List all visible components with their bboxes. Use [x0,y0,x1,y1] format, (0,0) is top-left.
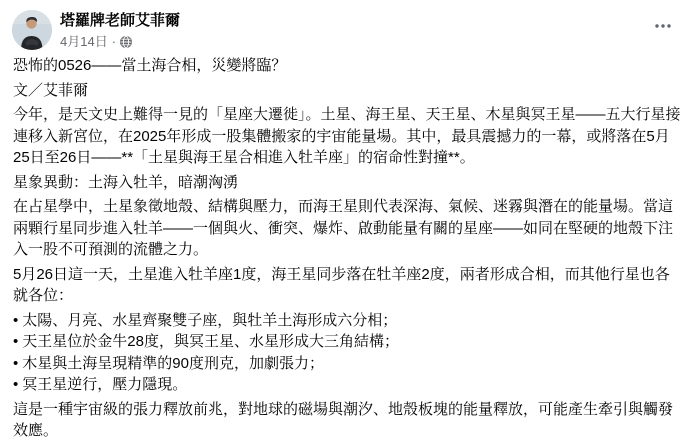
bullet-text: 木星與土海呈現精準的90度刑克，加劇張力； [22,355,324,372]
intro-paragraph: 今年，是天文史上難得一見的「星座大遷徙」。土星、海王星、天王星、木星與冥王星——… [13,104,682,169]
profile-name-link[interactable]: 塔羅牌老師艾菲爾 [60,11,180,31]
section-header: 星象異動：土海入牡羊，暗潮洶湧 [13,172,682,194]
post-timestamp[interactable]: 4月14日 [60,34,108,50]
list-item: •太陽、月亮、水星齊聚雙子座，與牡羊土海形成六分相； [13,310,682,332]
ellipsis-icon [654,23,672,29]
bullet-icon: • [13,333,18,350]
bullet-icon: • [13,376,18,393]
profile-avatar[interactable] [12,10,52,50]
meta-separator: · [112,34,116,50]
list-item: •木星與土海呈現精準的90度刑克，加劇張力； [13,353,682,375]
more-options-button[interactable] [649,16,677,36]
post-title: 恐怖的0526——當土海合相，災變將臨？ [13,55,682,77]
globe-icon [120,36,132,48]
alignment-paragraph: 5月26日這一天，土星進入牡羊座1度，海王星同步落在牡羊座2度，兩者形成合相，而… [13,264,682,307]
facebook-post: 塔羅牌老師艾菲爾 4月14日 · [0,0,695,445]
bullet-icon: • [13,312,18,329]
list-item: •冥王星逆行，壓力隱現。 [13,374,682,396]
avatar-person-photo [12,10,52,50]
post-body-text: 恐怖的0526——當土海合相，災變將臨？ 文／艾菲爾 今年，是天文史上難得一見的… [0,52,695,442]
list-item: •天王星位於金牛28度，與冥王星、水星形成大三角結構； [13,331,682,353]
header-info: 塔羅牌老師艾菲爾 4月14日 · [60,10,180,50]
post-meta: 4月14日 · [60,34,180,50]
post-byline: 文／艾菲爾 [13,80,682,102]
bullet-icon: • [13,355,18,372]
bullet-text: 太陽、月亮、水星齊聚雙子座，與牡羊土海形成六分相； [22,312,397,329]
post-header: 塔羅牌老師艾菲爾 4月14日 · [0,0,695,52]
closing-paragraph: 這是一種宇宙級的張力釋放前兆，對地球的磁場與潮汐、地殼板塊的能量釋放，可能產生牽… [13,399,682,442]
bullet-text: 冥王星逆行，壓力隱現。 [22,376,187,393]
astrology-paragraph: 在占星學中，土星象徵地殼、結構與壓力，而海王星則代表深海、氣候、迷霧與潛在的能量… [13,196,682,261]
bullet-list: •太陽、月亮、水星齊聚雙子座，與牡羊土海形成六分相； •天王星位於金牛28度，與… [13,310,682,396]
bullet-text: 天王星位於金牛28度，與冥王星、水星形成大三角結構； [22,333,399,350]
